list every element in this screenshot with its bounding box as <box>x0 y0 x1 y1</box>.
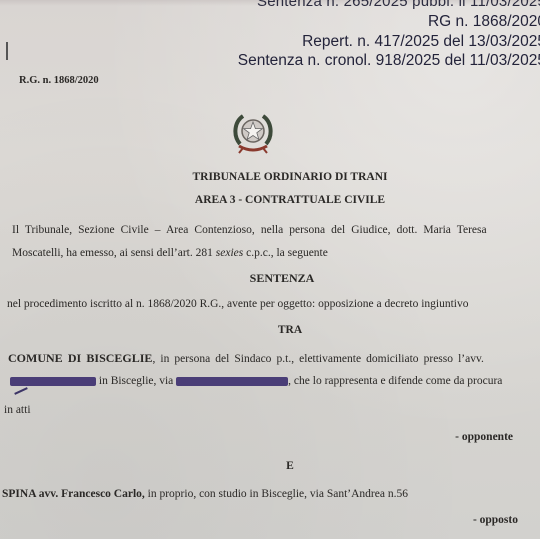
opponente-address-text: in Bisceglie, via <box>96 375 176 387</box>
opposto-role-label: - opposto <box>473 514 518 526</box>
opponente-role-label: - opponente <box>455 431 513 443</box>
procedimento-line: nel procedimento iscritto al n. 1868/202… <box>7 298 469 310</box>
opponente-line-2: in Bisceglie, via , che lo rappresenta e… <box>10 375 502 387</box>
tra-heading: TRA <box>20 324 540 336</box>
intro-text-end: c.p.c., la seguente <box>243 247 328 259</box>
intro-line-1: Il Tribunale, Sezione Civile – Area Cont… <box>12 224 487 236</box>
e-heading: E <box>20 460 540 472</box>
stamp-publication-line: Sentenza n. 265/2025 pubbl. il 11/03/202… <box>257 0 540 10</box>
redacted-lawyer-name <box>10 377 96 386</box>
opponente-text: , in persona del Sindaco p.t., elettivam… <box>152 353 483 365</box>
opposto-name: SPINA avv. Francesco Carlo, <box>2 488 145 500</box>
sentenza-heading: SENTENZA <box>12 271 540 286</box>
margin-mark <box>6 42 8 60</box>
intro-italic-term: sexies <box>216 247 243 259</box>
opposto-text: in proprio, con studio in Bisceglie, via… <box>145 488 408 500</box>
opponente-line-1: COMUNE DI BISCEGLIE, in persona del Sind… <box>8 351 484 366</box>
redacted-street-name <box>176 377 288 386</box>
opposto-line: SPINA avv. Francesco Carlo, in proprio, … <box>2 488 408 500</box>
opponente-line-3: in atti <box>4 404 31 416</box>
stamp-cronologico: Sentenza n. cronol. 918/2025 del 11/03/2… <box>238 52 540 70</box>
rg-label: R.G. n. 1868/2020 <box>19 75 99 86</box>
intro-text: Moscatelli, ha emesso, ai sensi dell’art… <box>12 247 216 259</box>
emblem-of-italy-icon <box>231 110 275 156</box>
court-name-heading: TRIBUNALE ORDINARIO DI TRANI <box>20 171 540 183</box>
court-area-heading: AREA 3 - CONTRATTUALE CIVILE <box>20 194 540 206</box>
intro-line-2: Moscatelli, ha emesso, ai sensi dell’art… <box>12 247 328 259</box>
opponente-name: COMUNE DI BISCEGLIE <box>8 351 152 365</box>
opponente-procura-text: , che lo rappresenta e difende come da p… <box>288 375 502 387</box>
stamp-rg-number: RG n. 1868/2020 <box>428 13 540 31</box>
document-page: Sentenza n. 265/2025 pubbl. il 11/03/202… <box>0 0 540 539</box>
pen-stroke-mark <box>14 387 28 395</box>
stamp-repertorio: Repert. n. 417/2025 del 13/03/2025 <box>302 33 540 51</box>
